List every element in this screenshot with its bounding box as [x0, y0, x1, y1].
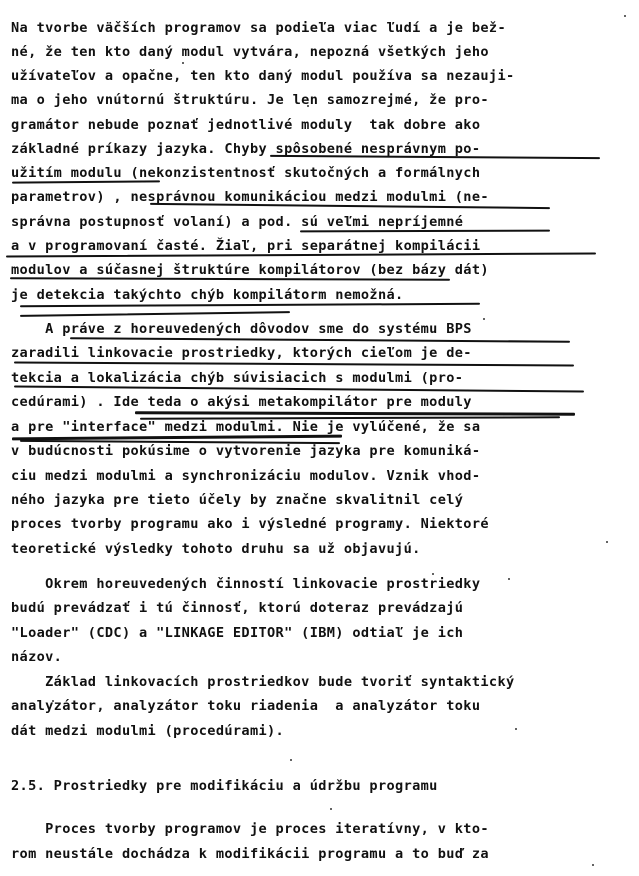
- typewritten-page: Na tvorbe väčších programov sa podieľa v…: [0, 0, 639, 876]
- text-line: cedúrami) . Ide teda o akýsi metakompilá…: [11, 393, 472, 411]
- handwritten-underline: [135, 411, 575, 416]
- text-line: gramátor nebude poznať jednotlivé moduly…: [11, 116, 480, 134]
- scan-speck: [508, 578, 510, 580]
- handwritten-underline: [12, 180, 160, 183]
- text-line: užívateľov a opačne, ten kto daný modul …: [11, 67, 515, 85]
- scan-speck: [307, 105, 309, 107]
- text-line: v budúcnosti pokúsime o vytvorenie jazyk…: [11, 442, 480, 460]
- handwritten-underline: [14, 362, 574, 367]
- text-line: "Loader" (CDC) a "LINKAGE EDITOR" (IBM) …: [11, 624, 463, 642]
- text-line: a pre "interface" medzi modulmi. Nie je …: [11, 418, 480, 436]
- text-line: zaradili linkovacie prostriedky, ktorých…: [11, 344, 472, 362]
- scan-speck: [432, 573, 434, 575]
- text-line: ného jazyka pre tieto účely by značne sk…: [11, 491, 463, 509]
- scan-speck: [592, 864, 594, 866]
- text-line: dát medzi modulmi (procedúrami).: [11, 722, 284, 740]
- text-line: a v programovaní časté. Žiaľ, pri separá…: [11, 237, 480, 255]
- scan-speck: [515, 728, 517, 730]
- text-line: Základ linkovacích prostriedkov bude tvo…: [11, 673, 515, 691]
- handwritten-underline: [270, 155, 600, 159]
- text-line: né, že ten kto daný modul vytvára, nepoz…: [11, 43, 489, 61]
- text-line: modulov a súčasnej štruktúre kompilátoro…: [11, 261, 489, 279]
- scan-speck: [606, 541, 608, 543]
- text-line: teoretické výsledky tohoto druhu sa už o…: [11, 540, 421, 558]
- scan-speck: [330, 808, 332, 810]
- text-line: budú prevádzať i tú činnosť, ktorú doter…: [11, 599, 463, 617]
- text-line: ma o jeho vnútornú štruktúru. Je len sam…: [11, 91, 489, 109]
- text-line: je detekcia takýchto chýb kompilátorm ne…: [11, 286, 404, 304]
- text-line: Okrem horeuvedených činností linkovacie …: [11, 575, 480, 593]
- scan-speck: [182, 62, 184, 64]
- section-heading: 2.5. Prostriedky pre modifikáciu a údržb…: [11, 777, 438, 795]
- scan-speck: [52, 700, 54, 702]
- text-line: proces tvorby programu ako i výsledné pr…: [11, 515, 489, 533]
- scan-speck: [483, 318, 485, 320]
- text-line: tekcia a lokalizácia chýb súvisiacich s …: [11, 369, 463, 387]
- handwritten-underline: [70, 337, 570, 342]
- scan-speck: [624, 15, 626, 17]
- handwritten-underline: [300, 230, 550, 233]
- text-line: ciu medzi modulmi a synchronizáciu modul…: [11, 467, 480, 485]
- scan-speck: [290, 759, 292, 761]
- handwritten-underline: [20, 311, 290, 317]
- text-line: užitím modulu (nekonzistentnosť skutočný…: [11, 164, 480, 182]
- text-line: názov.: [11, 648, 62, 666]
- text-line: A práve z horeuvedených dôvodov sme do s…: [11, 320, 472, 338]
- handwritten-underline: [10, 277, 450, 281]
- text-line: Na tvorbe väčších programov sa podieľa v…: [11, 19, 506, 37]
- text-line: správna postupnosť volaní) a pod. sú veľ…: [11, 213, 463, 231]
- text-line: Proces tvorby programov je proces iterat…: [11, 820, 489, 838]
- text-line: analyzátor, analyzátor toku riadenia a a…: [11, 697, 480, 715]
- text-line: rom neustále dochádza k modifikácii prog…: [11, 845, 489, 863]
